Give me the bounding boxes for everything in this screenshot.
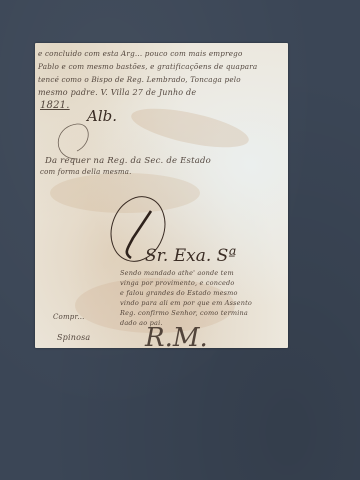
text-line: vinga por provimento, e concedo	[120, 279, 235, 287]
ink-bleed-stain	[128, 101, 252, 155]
manuscript-page: e concluido com esta Arg... pouco com ma…	[35, 43, 288, 348]
text-line: vindo para ali em por que em Assento	[120, 299, 252, 307]
text-line: Sendo mandado athe' aonde tem	[120, 269, 234, 277]
closing-monogram: R.M.	[145, 323, 208, 353]
instruction-line: com forma della mesma.	[40, 168, 132, 176]
text-line: tencé como o Bispo de Reg. Lembrado, Ton…	[38, 75, 241, 84]
text-line: Pablo e com mesmo bastões, e gratificaçõ…	[38, 62, 257, 71]
salutation: Sr. Exa. Sª	[145, 246, 236, 266]
date-year: 1821.	[40, 100, 70, 111]
margin-note: Compr...	[53, 313, 85, 321]
instruction-line: Da requer na Reg. da Sec. de Estado	[45, 156, 211, 166]
text-line: e concluido com esta Arg... pouco com ma…	[38, 49, 243, 58]
text-line: Reg. confirmo Senhor, como termina	[120, 309, 248, 317]
text-line: e falou grandes do Estado mesmo	[120, 289, 238, 297]
margin-note: Spinosa	[57, 333, 90, 342]
text-line: mesmo padre. V. Villa 27 de Junho de	[38, 88, 196, 97]
